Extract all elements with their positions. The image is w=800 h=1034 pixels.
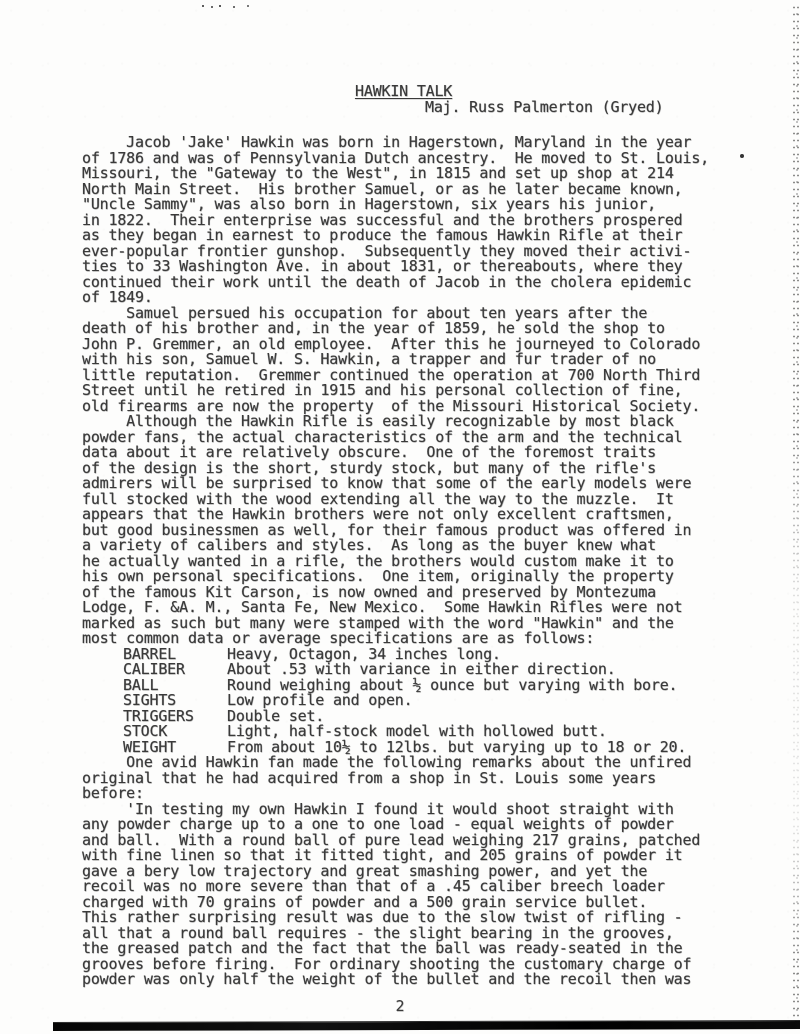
paragraph-samuel: Samuel persued his occupation for about … — [82, 306, 774, 415]
paragraph-jacob-hawkin: Jacob 'Jake' Hawkin was born in Hagersto… — [82, 135, 774, 306]
spec-row-ball: BALL Round weighing about ½ ounce but va… — [123, 678, 774, 694]
specifications-list: BARREL Heavy, Octagon, 34 inches long. C… — [82, 647, 774, 756]
document-header: HAWKIN TALK Maj. Russ Palmerton (Gryed) — [82, 84, 774, 115]
scan-noise-artifact — [202, 5, 204, 7]
paragraph-avid-fan: One avid Hawkin fan made the following r… — [82, 755, 774, 802]
scan-bottom-bar-artifact — [53, 1020, 800, 1031]
paragraph-rifle-traits: Although the Hawkin Rifle is easily reco… — [82, 414, 774, 647]
document-body: HAWKIN TALK Maj. Russ Palmerton (Gryed) … — [82, 84, 774, 988]
paragraph-testing-quote: 'In testing my own Hawkin I found it wou… — [82, 802, 774, 988]
scan-edge-noise — [792, 4, 799, 1028]
page-number: 2 — [0, 997, 800, 1015]
spec-row-sights: SIGHTS Low profile and open. — [123, 693, 774, 709]
scanned-document-page: HAWKIN TALK Maj. Russ Palmerton (Gryed) … — [0, 0, 800, 1034]
document-byline: Maj. Russ Palmerton (Gryed) — [425, 100, 774, 116]
